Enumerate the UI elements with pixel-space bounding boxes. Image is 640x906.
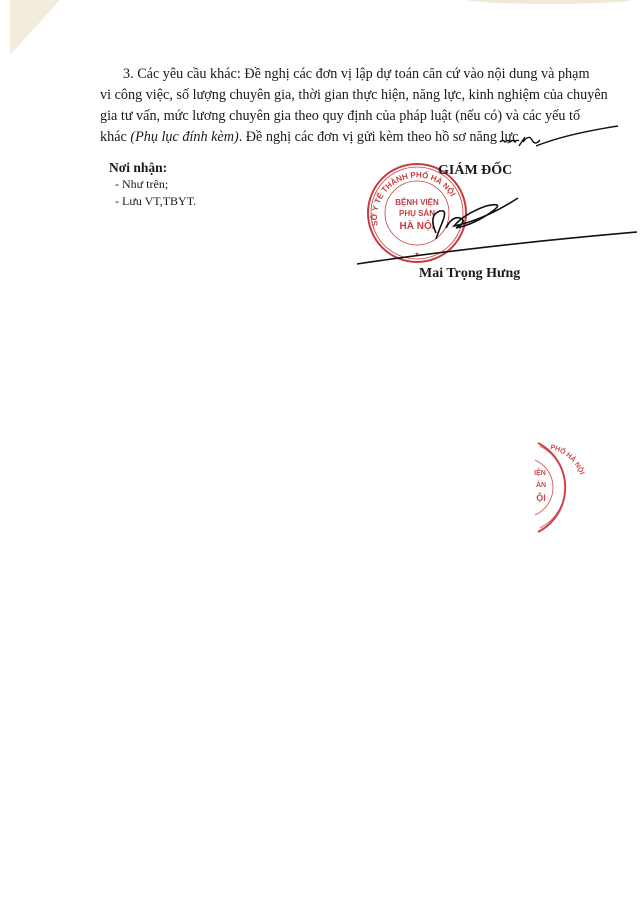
stamp-line-1: BỆNH VIỆN (395, 198, 439, 207)
star-icon: ★ (414, 251, 419, 258)
signer-name: Mai Trọng Hưng (419, 266, 520, 282)
partial-stamp-line-1: IỆN (534, 468, 546, 477)
partial-hospital-stamp: PHỐ HÀ NỘI IỆN ẢN ỘI (534, 443, 586, 532)
initials-signature (500, 126, 618, 146)
partial-stamp-line-2: ẢN (536, 480, 546, 489)
signer-title: GIÁM ĐỐC (438, 163, 512, 179)
stamps-and-signatures: SỞ Y TẾ THÀNH PHỐ HÀ NỘI BỆNH VIỆN PHỤ S… (0, 0, 640, 906)
stamp-line-2: PHỤ SẢN (399, 209, 435, 218)
stamp-line-3: HÀ NỘI (400, 219, 435, 232)
partial-stamp-line-3: ỘI (536, 492, 546, 503)
partial-stamp-outer-text: PHỐ HÀ NỘI (550, 444, 587, 476)
